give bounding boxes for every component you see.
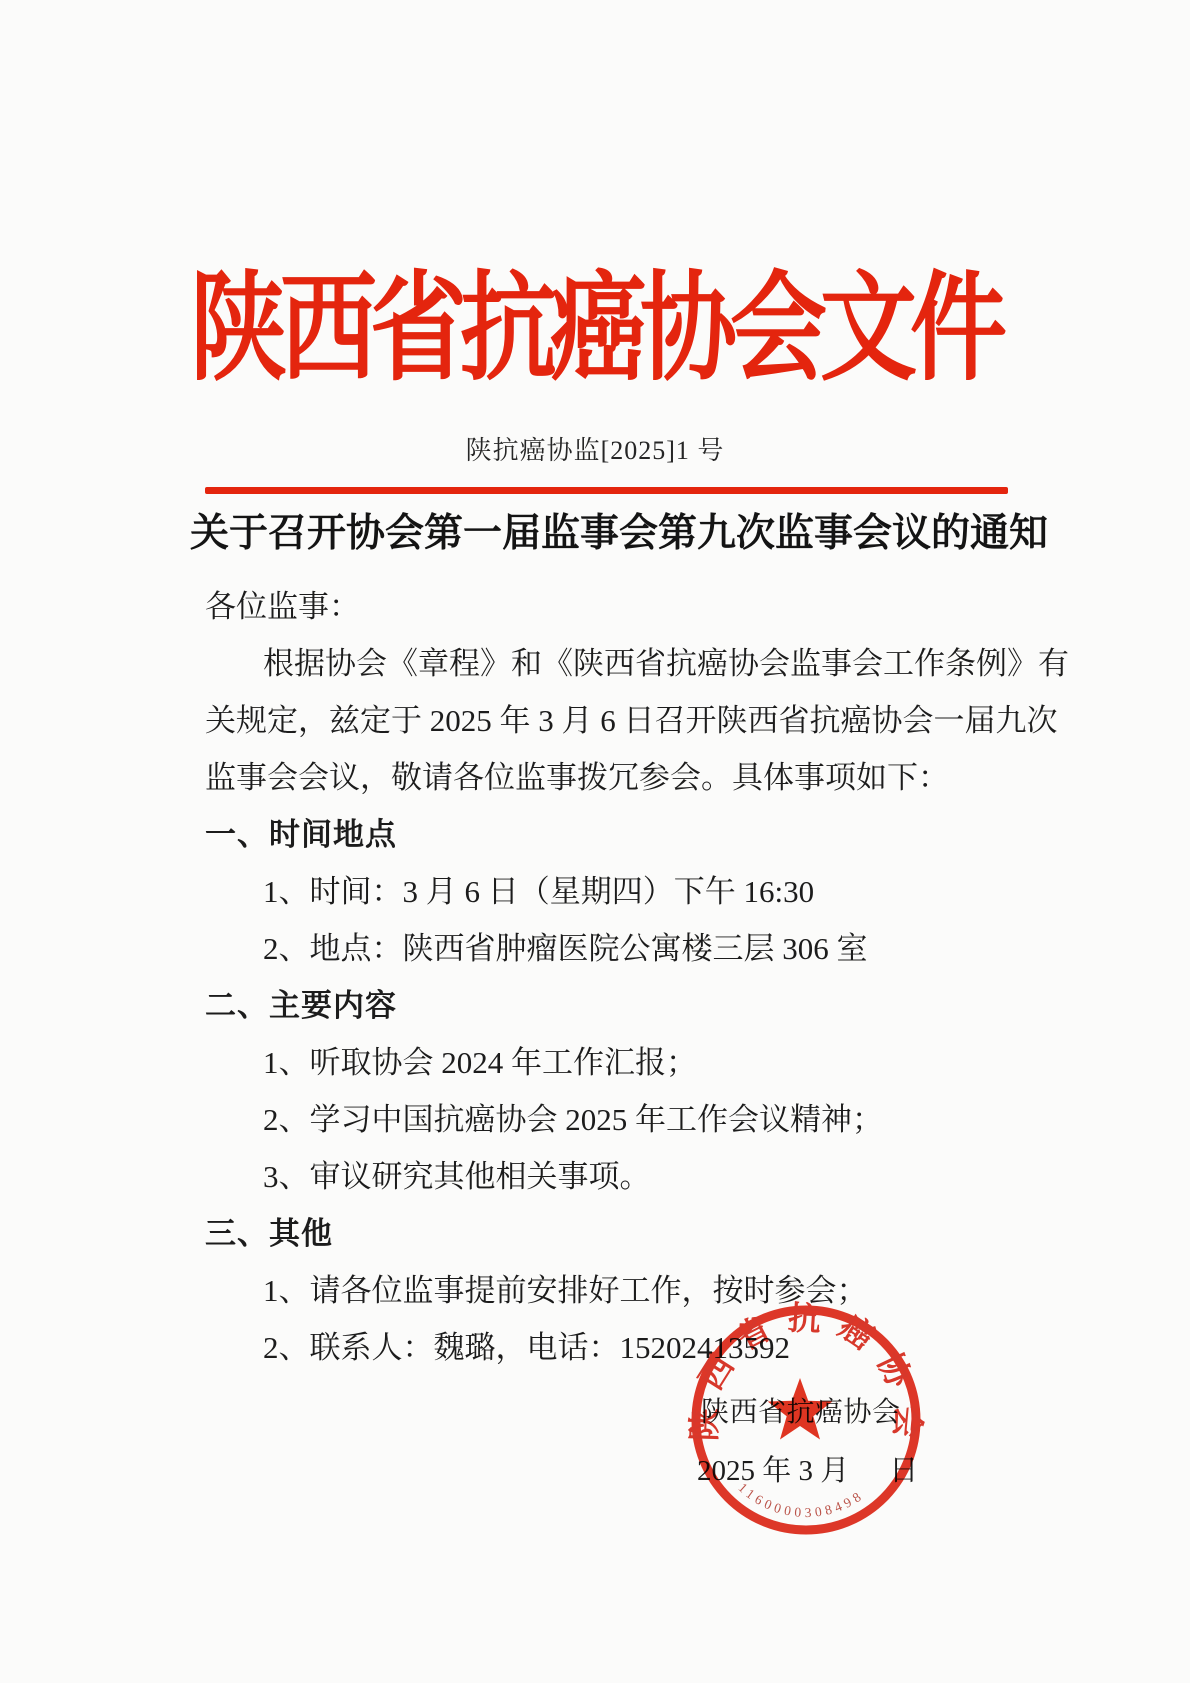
section-heading: 二、主要内容 [205,977,1020,1034]
document-page: { "document": { "masthead": "陕西省抗癌协会文件",… [0,0,1190,1683]
doc-number: 陕抗癌协监[2025]1 号 [0,430,1190,467]
body-line: 1、听取协会 2024 年工作汇报； [205,1034,1020,1091]
section-heading: 三、其他 [205,1205,1020,1262]
red-separator-line [205,487,1008,494]
body-line: 根据协会《章程》和《陕西省抗癌协会监事会工作条例》有 [205,635,1020,692]
masthead: 陕西省抗癌协会文件 [0,250,1190,386]
body-line: 监事会会议，敬请各位监事拨冗参会。具体事项如下： [205,749,1020,806]
masthead-title: 陕西省抗癌协会文件 [190,233,1000,404]
signature-date-prefix: 2025 年 3 月 [697,1455,849,1487]
body-line: 1、请各位监事提前安排好工作，按时参会； [205,1262,1020,1319]
body-line: 1、时间：3 月 6 日（星期四）下午 16:30 [205,863,1020,920]
body-line: 2、联系人：魏璐，电话：15202413592 [205,1319,1020,1376]
signature-date-suffix: 日 [889,1455,918,1487]
body-line: 2、学习中国抗癌协会 2025 年工作会议精神； [205,1091,1020,1148]
signature-date: 2025 年 3 月日 [697,1448,918,1489]
body-line: 3、审议研究其他相关事项。 [205,1148,1020,1205]
subject-title: 关于召开协会第一届监事会第九次监事会议的通知 [190,502,1023,558]
body-line: 关规定，兹定于 2025 年 3 月 6 日召开陕西省抗癌协会一届九次 [205,692,1020,749]
body-line: 2、地点：陕西省肿瘤医院公寓楼三层 306 室 [205,920,1020,977]
body-text: 各位监事： 根据协会《章程》和《陕西省抗癌协会监事会工作条例》有 关规定，兹定于… [205,578,1020,1376]
salutation-line: 各位监事： [205,578,1020,635]
section-heading: 一、时间地点 [205,806,1020,863]
signature-org: 陕西省抗癌协会 [701,1390,901,1430]
